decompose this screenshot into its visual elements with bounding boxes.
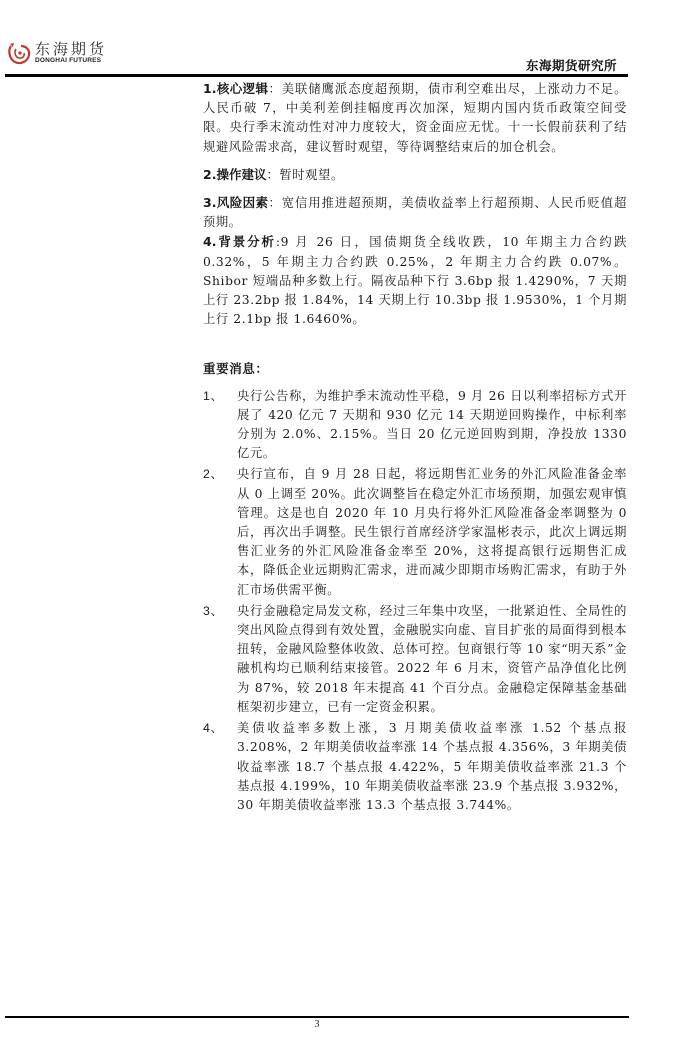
company-logo: 东海期货 DONGHAI FUTURES <box>6 40 107 66</box>
news-item: 4、 美债收益率多数上涨，3 月期美债收益率涨 1.52 个基点报 3.208%… <box>203 719 627 815</box>
section-label: 2.操作建议 <box>203 167 266 182</box>
logo-chinese-name: 东海期货 <box>35 41 107 57</box>
logo-english-name: DONGHAI FUTURES <box>35 57 107 65</box>
document-body: 1.核心逻辑：美联储鹰派态度超预期，债市利空难出尽，上涨动力不足。人民币破 7，… <box>203 79 627 817</box>
page-number: 3 <box>0 1019 634 1030</box>
news-item: 2、 央行宣布，自 9 月 28 日起，将远期售汇业务的外汇风险准备金率从 0 … <box>203 465 627 599</box>
section-label: 1.核心逻辑 <box>203 81 268 96</box>
news-item-text: 美债收益率多数上涨，3 月期美债收益率涨 1.52 个基点报 3.208%，2 … <box>237 721 627 812</box>
header-divider <box>5 74 628 77</box>
section-core-logic: 1.核心逻辑：美联储鹰派态度超预期，债市利空难出尽，上涨动力不足。人民币破 7，… <box>203 79 627 157</box>
section-operation-advice: 2.操作建议：暂时观望。 <box>203 165 627 185</box>
section-label: 4.背景分析 <box>203 234 276 249</box>
news-item-number: 2、 <box>203 465 223 484</box>
footer-divider <box>5 1016 629 1018</box>
section-text: 暂时观望。 <box>279 168 344 182</box>
news-item: 3、 央行金融稳定局发文称，经过三年集中攻坚，一批紧迫性、全局性的突出风险点得到… <box>203 602 627 717</box>
department-name: 东海期货研究所 <box>526 56 617 74</box>
page-header: 东海期货 DONGHAI FUTURES 东海期货研究所 <box>0 0 683 80</box>
news-item-number: 3、 <box>203 602 223 621</box>
section-background-analysis: 4.背景分析:9 月 26 日，国债期货全线收跌，10 年期主力合约跌 0.32… <box>203 232 627 329</box>
news-item-text: 央行金融稳定局发文称，经过三年集中攻坚，一批紧迫性、全局性的突出风险点得到有效处… <box>237 604 627 714</box>
news-item: 1、 央行公告称，为维护季末流动性平稳，9 月 26 日以利率招标方式开展了 4… <box>203 387 627 464</box>
section-label: 3.风险因素 <box>203 195 268 210</box>
news-item-text: 央行宣布，自 9 月 28 日起，将远期售汇业务的外汇风险准备金率从 0 上调至… <box>237 467 627 596</box>
news-item-text: 央行公告称，为维护季末流动性平稳，9 月 26 日以利率招标方式开展了 420 … <box>237 389 627 461</box>
section-risk-factors: 3.风险因素：宽信用推进超预期，美债收益率上行超预期、人民币贬值超预期。 <box>203 193 627 232</box>
news-item-number: 4、 <box>203 719 223 738</box>
dragon-logo-icon <box>6 40 32 66</box>
news-heading: 重要消息： <box>203 359 627 378</box>
news-item-number: 1、 <box>203 387 223 406</box>
